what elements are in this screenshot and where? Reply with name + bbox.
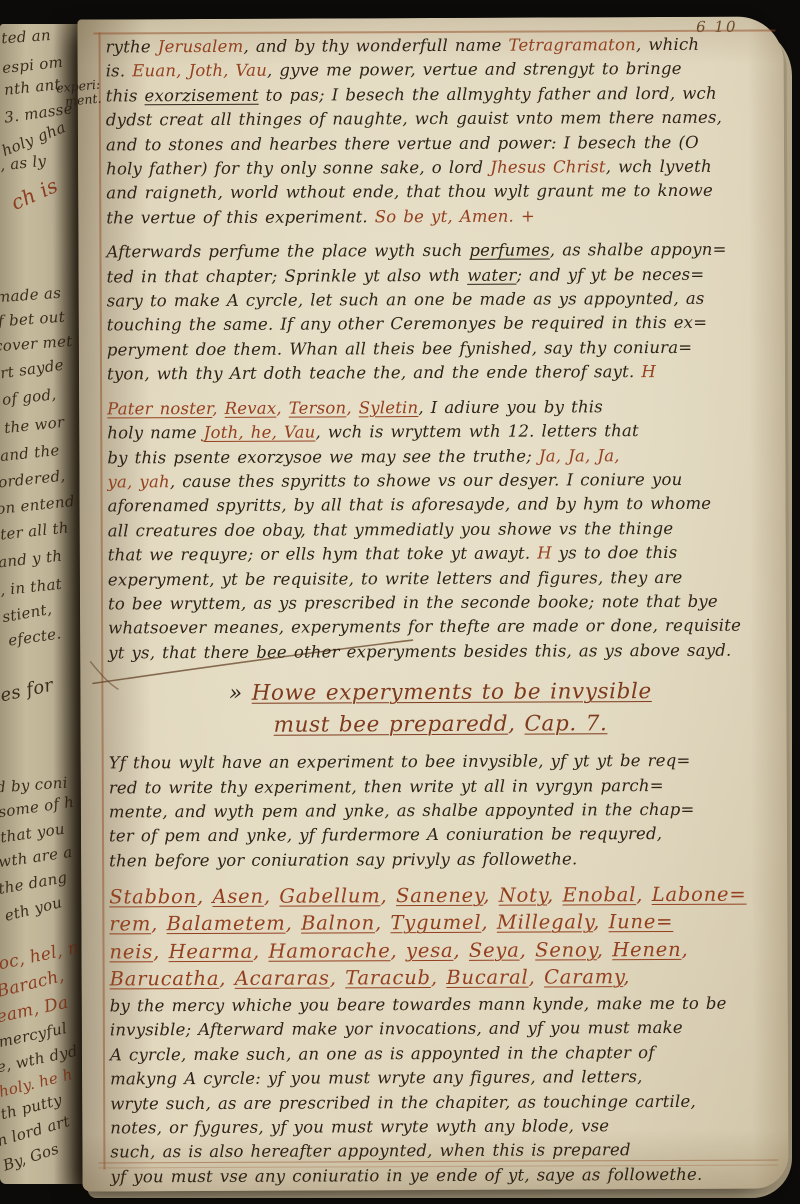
opposite-page-text-fragment: ter all th bbox=[0, 518, 70, 543]
text-line: by this psente exorzysoe we may see the … bbox=[107, 443, 771, 470]
text-segment: , bbox=[597, 938, 613, 961]
text-line: touching the same. If any other Ceremony… bbox=[107, 311, 771, 338]
opposite-page-text-fragment: and y th bbox=[0, 547, 63, 572]
text-segment: ; and yf yt be neces= bbox=[516, 264, 704, 284]
text-line: peryment doe them. Whan all theis bee fy… bbox=[107, 335, 771, 362]
text-segment: Seya bbox=[469, 938, 520, 961]
text-segment: Enobal bbox=[562, 883, 636, 906]
text-line: rythe Jerusalem, and by thy wonderfull n… bbox=[106, 33, 770, 60]
text-segment: » bbox=[229, 681, 252, 706]
text-line: this exorzisement to pas; I besech the a… bbox=[106, 81, 770, 108]
text-segment: Saneney bbox=[396, 884, 483, 907]
text-segment: yesa bbox=[406, 939, 453, 962]
text-segment: Bucaral bbox=[446, 965, 528, 988]
text-line: sary to make A cyrcle, let such an one b… bbox=[107, 287, 771, 314]
text-segment: , bbox=[276, 398, 288, 417]
text-segment: Noty bbox=[499, 884, 547, 907]
text-segment: makyng A cyrcle: yf you must wryte any f… bbox=[110, 1067, 643, 1088]
opposite-page-text-fragment: wth are a bbox=[0, 843, 74, 871]
text-line: A cyrcle, make such, an one as is appoyn… bbox=[110, 1040, 774, 1067]
text-segment: Iune= bbox=[609, 910, 674, 933]
text-line: » Howe experyments to be invysible bbox=[108, 676, 772, 711]
text-segment: , bbox=[636, 883, 652, 906]
text-segment: holy name bbox=[107, 423, 204, 442]
text-segment: , bbox=[286, 912, 302, 935]
opposite-page-text-fragment: some of h bbox=[0, 793, 75, 821]
text-segment: by the mercy whiche you beare towardes m… bbox=[110, 994, 727, 1016]
text-segment: , wch lyveth bbox=[606, 157, 712, 176]
instructions-paragraph: Yf thou wylt have an experiment to bee i… bbox=[109, 749, 774, 874]
text-line: Yf thou wylt have an experiment to bee i… bbox=[109, 749, 773, 776]
text-segment: , and by thy wonderfull name bbox=[243, 36, 508, 56]
text-line: tyon, wth thy Art doth teache the, and t… bbox=[107, 360, 771, 387]
text-segment: Jerusalem bbox=[158, 37, 244, 56]
text-segment: , bbox=[330, 966, 346, 989]
text-segment: and raigneth, world wthout ende, that th… bbox=[106, 181, 713, 203]
text-line: must bee preparedd, Cap. 7. bbox=[108, 708, 772, 743]
text-segment: , bbox=[508, 712, 524, 737]
text-segment: H bbox=[537, 544, 552, 563]
text-line: mente, and wyth pem and ynke, as shalbe … bbox=[109, 797, 773, 824]
opposite-page-text-fragment: espi om bbox=[1, 53, 64, 77]
text-segment: Jhesus Christ bbox=[490, 157, 606, 177]
manuscript-page: 6 10 experi: ment. rythe Jerusalem, and … bbox=[77, 16, 788, 1191]
text-line: to bee wryttem, as ys prescribed in the … bbox=[108, 589, 772, 616]
text-segment: , bbox=[681, 937, 688, 960]
text-segment: Balnon bbox=[301, 912, 375, 935]
opposite-page-text-fragment: ch is bbox=[7, 173, 61, 215]
text-segment: yt ys, that there bee other experyments … bbox=[108, 640, 731, 662]
adjuration-paragraph: Pater noster, Revax, Terson, Syletin, I … bbox=[107, 394, 772, 665]
invocation-paragraph: rythe Jerusalem, and by thy wonderfull n… bbox=[106, 33, 771, 231]
text-segment: , bbox=[212, 399, 224, 418]
text-segment: the vertue of this experiment. bbox=[106, 207, 375, 227]
text-segment: Hamorache bbox=[268, 939, 390, 963]
text-segment: exorzisement bbox=[144, 86, 258, 105]
text-segment: ys to doe this bbox=[552, 543, 678, 563]
text-line: red to write thy experiment, then write … bbox=[109, 773, 773, 800]
text-segment: , as shalbe appoyn= bbox=[550, 240, 727, 260]
text-segment: aforenamed spyritts, by all that is afor… bbox=[108, 494, 712, 516]
text-segment: Acararas bbox=[235, 966, 330, 989]
text-segment: to bee wryttem, as ys prescribed in the … bbox=[108, 592, 718, 614]
text-segment: Stabbon bbox=[109, 885, 197, 908]
text-segment: rem bbox=[109, 913, 151, 936]
text-segment: notes, or fygures, yf you must wryte wyt… bbox=[110, 1116, 609, 1137]
text-segment: dydst creat all thinges of naughte, wch … bbox=[106, 108, 722, 130]
text-segment: neis bbox=[109, 940, 153, 963]
text-line: then before yor coniuration say privyly … bbox=[109, 846, 773, 873]
opposite-page-edge: ated anespi omnth ant3. masseholy gha, a… bbox=[0, 24, 86, 1184]
text-segment: Balametem bbox=[167, 912, 286, 936]
text-segment: , wch is wryttem wth 12. letters that bbox=[315, 421, 638, 441]
text-segment: this bbox=[106, 86, 145, 105]
text-line: such, as is also hereafter appoynted, wh… bbox=[110, 1138, 774, 1165]
text-line: ted in that chapter; Sprinkle yt also wt… bbox=[107, 262, 771, 289]
text-segment: , bbox=[520, 938, 536, 961]
text-line: and raigneth, world wthout ende, that th… bbox=[106, 179, 770, 206]
text-segment: , bbox=[153, 940, 169, 963]
text-segment: Afterwards perfume the place wyth such bbox=[106, 241, 469, 262]
text-segment: Tygumel bbox=[390, 911, 481, 934]
text-segment: Joth, he, Vau bbox=[204, 423, 316, 442]
opposite-page-text-fragment: , as ly bbox=[0, 152, 47, 175]
text-segment: , which bbox=[636, 35, 699, 54]
chapter-heading: » Howe experyments to be invysiblemust b… bbox=[108, 676, 772, 743]
text-segment: is. bbox=[106, 62, 133, 81]
text-line: notes, or fygures, yf you must wryte wyt… bbox=[110, 1114, 774, 1141]
text-segment: such, as is also hereafter appoynted, wh… bbox=[110, 1141, 630, 1162]
text-line: Pater noster, Revax, Terson, Syletin, I … bbox=[107, 394, 771, 421]
text-segment: , gyve me power, vertue and strengyt to … bbox=[267, 59, 682, 80]
opposite-page-text-fragment: d by coni bbox=[0, 774, 68, 797]
opposite-page-text-fragment: stient, bbox=[1, 600, 53, 626]
text-segment: then before yor coniuration say privyly … bbox=[109, 849, 577, 870]
text-segment: holy father) for thy only sonne sake, o … bbox=[106, 158, 490, 179]
text-line: Stabbon, Asen, Gabellum, Saneney, Noty, … bbox=[109, 881, 773, 911]
text-segment: and to stones and hearbes there vertue a… bbox=[106, 132, 699, 154]
text-line: rem, Balametem, Balnon, Tygumel, Millega… bbox=[109, 908, 773, 938]
text-line: ya, yah, cause thes spyritts to showe vs… bbox=[107, 467, 771, 494]
text-segment: red to write thy experiment, then write … bbox=[109, 776, 664, 797]
text-segment: , bbox=[431, 966, 447, 989]
text-segment: experyment, yt be requisite, to write le… bbox=[108, 567, 683, 589]
text-segment: Henen bbox=[612, 938, 681, 961]
text-segment: tyon, wth thy Art doth teache the, and t… bbox=[107, 362, 641, 383]
opposite-page-text-fragment: ordered, bbox=[0, 467, 66, 492]
text-line: experyment, yt be requisite, to write le… bbox=[108, 565, 772, 592]
text-segment: , bbox=[481, 911, 497, 934]
text-segment: perfumes bbox=[469, 241, 550, 260]
opposite-page-text-fragment: and the bbox=[0, 441, 60, 465]
text-line: and to stones and hearbes there vertue a… bbox=[106, 130, 770, 157]
text-segment: , bbox=[483, 884, 499, 907]
text-line: aforenamed spyritts, by all that is afor… bbox=[108, 492, 772, 519]
text-segment: , bbox=[151, 913, 167, 936]
opposite-page-text-fragment: es for bbox=[0, 675, 55, 707]
text-segment: Cap. 7. bbox=[524, 711, 607, 736]
text-segment: Barucatha bbox=[110, 967, 220, 990]
text-segment: peryment doe them. Whan all theis bee fy… bbox=[107, 338, 692, 360]
text-segment: Revax bbox=[225, 398, 277, 417]
spirit-names-list: Stabbon, Asen, Gabellum, Saneney, Noty, … bbox=[109, 881, 773, 993]
text-line: yt ys, that there bee other experyments … bbox=[108, 638, 772, 665]
text-segment: , bbox=[547, 884, 563, 907]
text-segment: touching the same. If any other Ceremony… bbox=[107, 313, 707, 335]
text-line: by the mercy whiche you beare towardes m… bbox=[110, 992, 774, 1019]
text-segment: A cyrcle, make such, an one as is appoyn… bbox=[110, 1043, 655, 1064]
text-segment: ter of pem and ynke, yf furdermore A con… bbox=[109, 824, 662, 845]
opposite-page-text-fragment: oc, hel, n bbox=[0, 938, 81, 975]
opposite-page-text-fragment: ated an bbox=[0, 26, 51, 48]
text-line: yf you must vse any coniuratio in ye end… bbox=[110, 1162, 774, 1189]
text-segment: H bbox=[641, 362, 656, 381]
ruled-border-left bbox=[99, 32, 105, 1169]
text-segment: sary to make A cyrcle, let such an one b… bbox=[107, 289, 705, 311]
text-line: ter of pem and ynke, yf furdermore A con… bbox=[109, 822, 773, 849]
text-segment: , bbox=[264, 885, 280, 908]
text-segment: that we requyre; or ells hym that toke y… bbox=[108, 544, 538, 565]
text-line: Barucatha, Acararas, Taracub, Bucaral, C… bbox=[110, 962, 774, 992]
text-segment: , I adiure you by this bbox=[418, 397, 603, 417]
preparation-paragraph: Afterwards perfume the place wyth such p… bbox=[106, 238, 771, 387]
text-segment: , bbox=[380, 884, 396, 907]
text-segment: whatsoever meanes, experyments for theft… bbox=[108, 616, 741, 638]
text-segment: all creatures doe obay, that ymmediatly … bbox=[108, 519, 674, 540]
text-segment: Tetragramaton bbox=[508, 35, 635, 55]
text-segment: , bbox=[346, 398, 358, 417]
text-line: that we requyre; or ells hym that toke y… bbox=[108, 541, 772, 568]
text-segment: , bbox=[197, 885, 213, 908]
text-line: whatsoever meanes, experyments for theft… bbox=[108, 614, 772, 641]
text-segment: ted in that chapter; Sprinkle yt also wt… bbox=[107, 266, 468, 287]
text-segment: Terson bbox=[289, 398, 347, 417]
opposite-page-text-fragment: rt sayde bbox=[0, 356, 65, 383]
margin-note: experi: ment. bbox=[56, 78, 102, 110]
text-segment: Millegaly bbox=[497, 911, 593, 934]
text-segment: Asen bbox=[212, 885, 263, 908]
text-segment: Gabellum bbox=[279, 884, 380, 907]
text-segment: Senoy bbox=[535, 938, 597, 961]
opposite-page-text-fragment: , in that bbox=[0, 575, 63, 599]
text-segment: mente, and wyth pem and ynke, as shalbe … bbox=[109, 800, 695, 822]
text-segment: Hearma bbox=[169, 939, 254, 962]
opposite-page-text-fragment: made as bbox=[0, 284, 62, 307]
opposite-page-text-fragment: of god, bbox=[1, 385, 57, 409]
text-line: Afterwards perfume the place wyth such p… bbox=[106, 238, 770, 265]
text-segment: to pas; I besech the allmyghty father an… bbox=[259, 84, 717, 105]
text-segment: water bbox=[467, 265, 516, 284]
opposite-page-text-fragment: eth you bbox=[3, 893, 64, 925]
text-segment: invysible; Afterward make yor invocation… bbox=[110, 1018, 683, 1039]
text-line: holy father) for thy only sonne sake, o … bbox=[106, 155, 770, 182]
text-line: wryte such, as are prescribed in the cha… bbox=[110, 1089, 774, 1116]
text-segment: Yf thou wylt have an experiment to bee i… bbox=[109, 751, 691, 773]
text-segment: by this psente exorzysoe we may see the … bbox=[107, 446, 539, 467]
text-line: holy name Joth, he, Vau, wch is wryttem … bbox=[107, 419, 771, 446]
text-line: neis, Hearma, Hamorache, yesa, Seya, Sen… bbox=[109, 935, 773, 965]
text-line: dydst creat all thinges of naughte, wch … bbox=[106, 106, 770, 133]
text-line: makyng A cyrcle: yf you must wryte any f… bbox=[110, 1065, 774, 1092]
text-segment: , bbox=[375, 912, 391, 935]
opposite-page-text-fragment: nth ant bbox=[3, 75, 61, 99]
text-segment: , bbox=[623, 965, 630, 988]
text-segment: Pater noster bbox=[107, 399, 212, 418]
opposite-page-text-fragment: on entend bbox=[0, 492, 76, 518]
text-segment: , bbox=[528, 965, 544, 988]
text-segment: wryte such, as are prescribed in the cha… bbox=[110, 1091, 696, 1113]
text-segment: , cause thes spyritts to showe vs our de… bbox=[170, 470, 683, 491]
text-line: is. Euan, Joth, Vau, gyve me power, vert… bbox=[106, 57, 770, 84]
text-segment: Euan, Joth, Vau bbox=[132, 61, 267, 81]
closing-paragraph: by the mercy whiche you beare towardes m… bbox=[110, 992, 775, 1190]
text-segment: must bee preparedd bbox=[274, 712, 509, 738]
text-line: the vertue of this experiment. So be yt,… bbox=[106, 203, 770, 230]
text-block: rythe Jerusalem, and by thy wonderfull n… bbox=[106, 33, 775, 1190]
text-segment: , bbox=[219, 967, 235, 990]
text-segment: So be yt, Amen. + bbox=[375, 206, 535, 226]
text-segment: Caramy bbox=[544, 965, 623, 988]
text-segment: rythe bbox=[106, 37, 158, 56]
text-segment: Taracub bbox=[345, 966, 431, 989]
text-segment: Labone= bbox=[652, 883, 747, 906]
opposite-page-text-fragment: that you bbox=[0, 820, 66, 847]
text-segment: ya, yah bbox=[107, 472, 169, 491]
text-line: all creatures doe obay, that ymmediatly … bbox=[108, 516, 772, 543]
text-segment: yf you must vse any coniuratio in ye end… bbox=[110, 1165, 702, 1187]
text-segment: , bbox=[453, 938, 469, 961]
text-segment: , bbox=[593, 911, 609, 934]
text-segment: , bbox=[390, 939, 406, 962]
opposite-page-text-fragment: efecte. bbox=[7, 624, 62, 649]
text-line: invysible; Afterward make yor invocation… bbox=[110, 1016, 774, 1043]
text-segment: Syletin bbox=[359, 398, 419, 417]
text-segment: Ja, Ja, Ja, bbox=[539, 446, 620, 465]
opposite-page-text-fragment: cover met in bbox=[0, 331, 86, 356]
text-segment: , bbox=[253, 939, 269, 962]
opposite-page-text-fragment: the wor bbox=[3, 413, 65, 437]
opposite-page-text-fragment: f bet out bbox=[0, 308, 66, 331]
text-segment: Howe experyments to be invysible bbox=[252, 679, 652, 706]
